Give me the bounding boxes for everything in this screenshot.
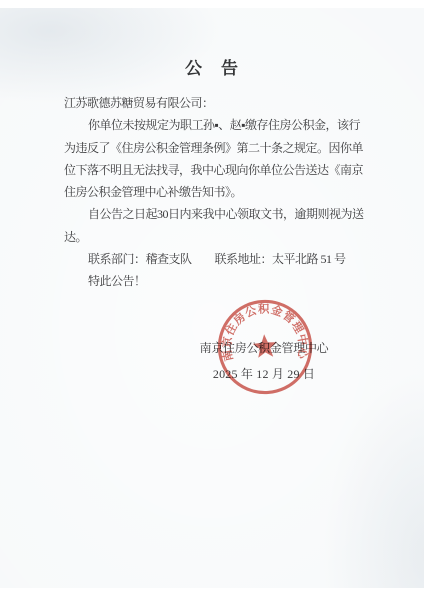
- body-line: 住房公积金管理中心补缴告知书》。: [64, 181, 374, 203]
- closing-line: 特此公告！: [64, 270, 374, 292]
- issue-date: 2025 年 12 月 29 日: [196, 365, 332, 382]
- addressee-line: 江苏歌德苏糖贸易有限公司：: [64, 92, 374, 114]
- signature-block: 南京住房公积金管理中心 2025 年 12 月 29 日: [196, 339, 332, 382]
- body-line: 自公告之日起30日内来我中心领取文书，逾期则视为送: [64, 203, 374, 225]
- body-line: 你单位未按规定为职工孙▪、赵▪缴存住房公积金，该行: [64, 114, 374, 136]
- notice-body: 江苏歌德苏糖贸易有限公司： 你单位未按规定为职工孙▪、赵▪缴存住房公积金，该行 …: [0, 92, 424, 293]
- notice-title: 公 告: [0, 54, 424, 79]
- contact-line: 联系部门：稽查支队 联系地址：太平北路 51 号: [64, 248, 374, 270]
- issuer-name: 南京住房公积金管理中心: [196, 339, 332, 356]
- scanned-page: 公 告 江苏歌德苏糖贸易有限公司： 你单位未按规定为职工孙▪、赵▪缴存住房公积金…: [0, 8, 424, 588]
- body-line: 位下落不明且无法找寻，我中心现向你单位公告送达《南京: [64, 159, 374, 181]
- body-line: 达。: [64, 226, 374, 248]
- body-line: 为违反了《住房公积金管理条例》第二十条之规定。因你单: [64, 137, 374, 159]
- scan-background: 公 告 江苏歌德苏糖贸易有限公司： 你单位未按规定为职工孙▪、赵▪缴存住房公积金…: [0, 0, 424, 600]
